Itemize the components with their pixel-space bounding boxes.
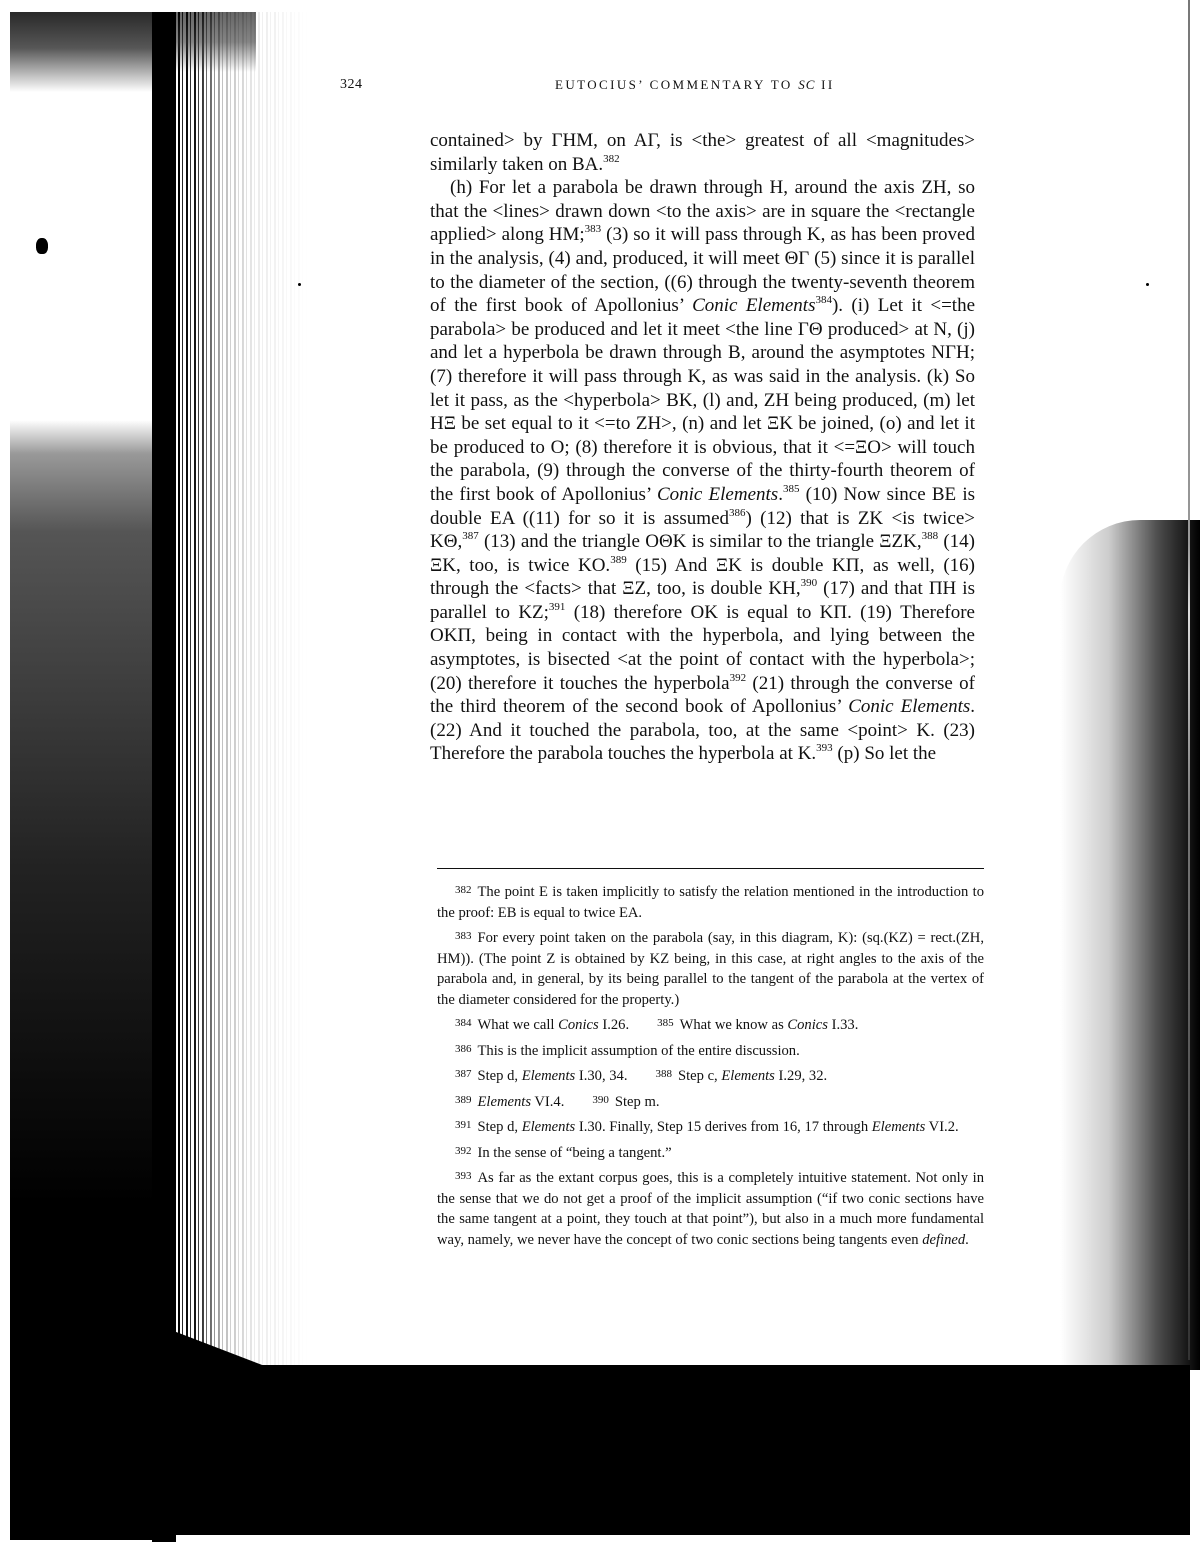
footnote-italic: Elements	[522, 1119, 576, 1135]
footnote-number: 387	[455, 1068, 472, 1080]
footnote-italic: Elements	[478, 1094, 532, 1110]
footnote-text: I.30. Finally, Step 15 derives from 16, …	[575, 1119, 872, 1135]
footnote-pair-389-390: 389Elements VI.4.390Step m.	[437, 1090, 984, 1113]
running-title: EUTOCIUS’ COMMENTARY TO SC II	[555, 77, 835, 93]
body-text: contained> by ΓHM, on AΓ, is <the> great…	[430, 129, 975, 766]
gutter-top-shadow	[176, 12, 256, 72]
footnote-ref[interactable]: 385	[783, 483, 800, 495]
footnote-ref[interactable]: 383	[585, 223, 602, 235]
footnote-391: 391Step d, Elements I.30. Finally, Step …	[437, 1115, 984, 1138]
dust-speck	[1146, 283, 1149, 286]
footnote-ref[interactable]: 391	[549, 601, 566, 613]
footnote-382: 382The point E is taken implicitly to sa…	[437, 880, 984, 923]
footnote-pair-384-385: 384What we call Conics I.26.385What we k…	[437, 1013, 984, 1036]
footnote-text: Step d,	[478, 1119, 522, 1135]
scan-shadow-right	[1060, 520, 1200, 1370]
running-title-suffix: II	[815, 77, 834, 92]
footnote-number: 386	[455, 1043, 472, 1055]
footnote-text: Step m.	[615, 1094, 660, 1110]
page-number: 324	[340, 77, 363, 93]
page-right-edge	[1188, 0, 1190, 1360]
footnote-393: 393As far as the extant corpus goes, thi…	[437, 1166, 984, 1250]
italic-title: Conic Elements	[692, 295, 815, 316]
ink-blot-mark	[36, 238, 48, 254]
italic-title: Conic Elements	[848, 696, 970, 717]
italic-title: Conic Elements	[657, 484, 778, 505]
running-title-italic: SC	[798, 77, 815, 92]
footnotes: 382The point E is taken implicitly to sa…	[437, 880, 984, 1253]
page-edge-lines	[178, 12, 308, 1372]
footnote-text: This is the implicit assumption of the e…	[478, 1043, 800, 1059]
footnote-italic: Conics	[558, 1017, 599, 1033]
footnote-ref[interactable]: 390	[801, 577, 818, 589]
text-run: contained> by ΓHM, on AΓ, is <the> great…	[430, 130, 975, 175]
footnote-number: 391	[455, 1119, 472, 1131]
footnote-italic: Elements	[522, 1068, 576, 1084]
footnote-386: 386This is the implicit assumption of th…	[437, 1039, 984, 1062]
footnote-ref[interactable]: 382	[603, 153, 620, 165]
text-run: (13) and the triangle OΘK is similar to …	[479, 531, 922, 552]
footnote-ref[interactable]: 384	[815, 294, 832, 306]
footnote-ref[interactable]: 393	[816, 742, 833, 754]
footnote-italic: Elements	[872, 1119, 926, 1135]
footnote-text: The point E is taken implicitly to satis…	[437, 884, 984, 921]
footnote-italic: Elements	[721, 1068, 775, 1084]
footnote-number: 385	[657, 1017, 674, 1029]
footnote-number: 382	[455, 884, 472, 896]
running-head: 324 EUTOCIUS’ COMMENTARY TO SC II	[0, 77, 1200, 97]
text-run: ). (i) Let it <=the parabola> be produce…	[430, 295, 975, 505]
footnote-ref[interactable]: 386	[729, 507, 746, 519]
footnote-text: I.29, 32.	[775, 1068, 827, 1084]
footnote-text: VI.2.	[925, 1119, 958, 1135]
footnote-number: 393	[455, 1170, 472, 1182]
footnote-text: I.33.	[828, 1017, 858, 1033]
footnote-ref[interactable]: 392	[730, 672, 747, 684]
footnote-ref[interactable]: 388	[922, 530, 939, 542]
footnote-number: 388	[655, 1068, 672, 1080]
footnote-text: VI.4.	[531, 1094, 564, 1110]
footnote-number: 390	[592, 1094, 609, 1106]
footnote-383: 383For every point taken on the parabola…	[437, 926, 984, 1010]
running-title-text: EUTOCIUS’ COMMENTARY TO	[555, 77, 793, 92]
footnote-text: I.26.	[599, 1017, 629, 1033]
paragraph: contained> by ΓHM, on AΓ, is <the> great…	[430, 129, 975, 176]
footnote-italic: defined	[922, 1232, 965, 1248]
text-run: (p) So let the	[833, 743, 936, 764]
footnote-text: Step c,	[678, 1068, 721, 1084]
footnote-number: 392	[455, 1145, 472, 1157]
footnote-ref[interactable]: 387	[462, 530, 479, 542]
footnote-separator	[437, 868, 984, 869]
footnote-italic: Conics	[787, 1017, 828, 1033]
footnote-text: I.30, 34.	[575, 1068, 627, 1084]
footnote-text: For every point taken on the parabola (s…	[437, 930, 984, 1008]
dust-speck	[298, 283, 301, 286]
footnote-number: 384	[455, 1017, 472, 1029]
footnote-pair-387-388: 387Step d, Elements I.30, 34.388Step c, …	[437, 1064, 984, 1087]
footnote-number: 389	[455, 1094, 472, 1106]
footnote-text: What we know as	[680, 1017, 788, 1033]
footnote-text: As far as the extant corpus goes, this i…	[437, 1170, 984, 1248]
footnote-text: What we call	[478, 1017, 559, 1033]
paragraph: (h) For let a parabola be drawn through …	[430, 176, 975, 766]
footnote-text: In the sense of “being a tangent.”	[478, 1145, 672, 1161]
footnote-text: .	[965, 1232, 969, 1248]
book-gutter	[152, 12, 176, 1542]
footnote-ref[interactable]: 389	[610, 554, 627, 566]
footnote-text: Step d,	[478, 1068, 522, 1084]
footnote-number: 383	[455, 930, 472, 942]
footnote-392: 392In the sense of “being a tangent.”	[437, 1141, 984, 1164]
scan-shadow-bottom	[10, 1365, 1190, 1535]
